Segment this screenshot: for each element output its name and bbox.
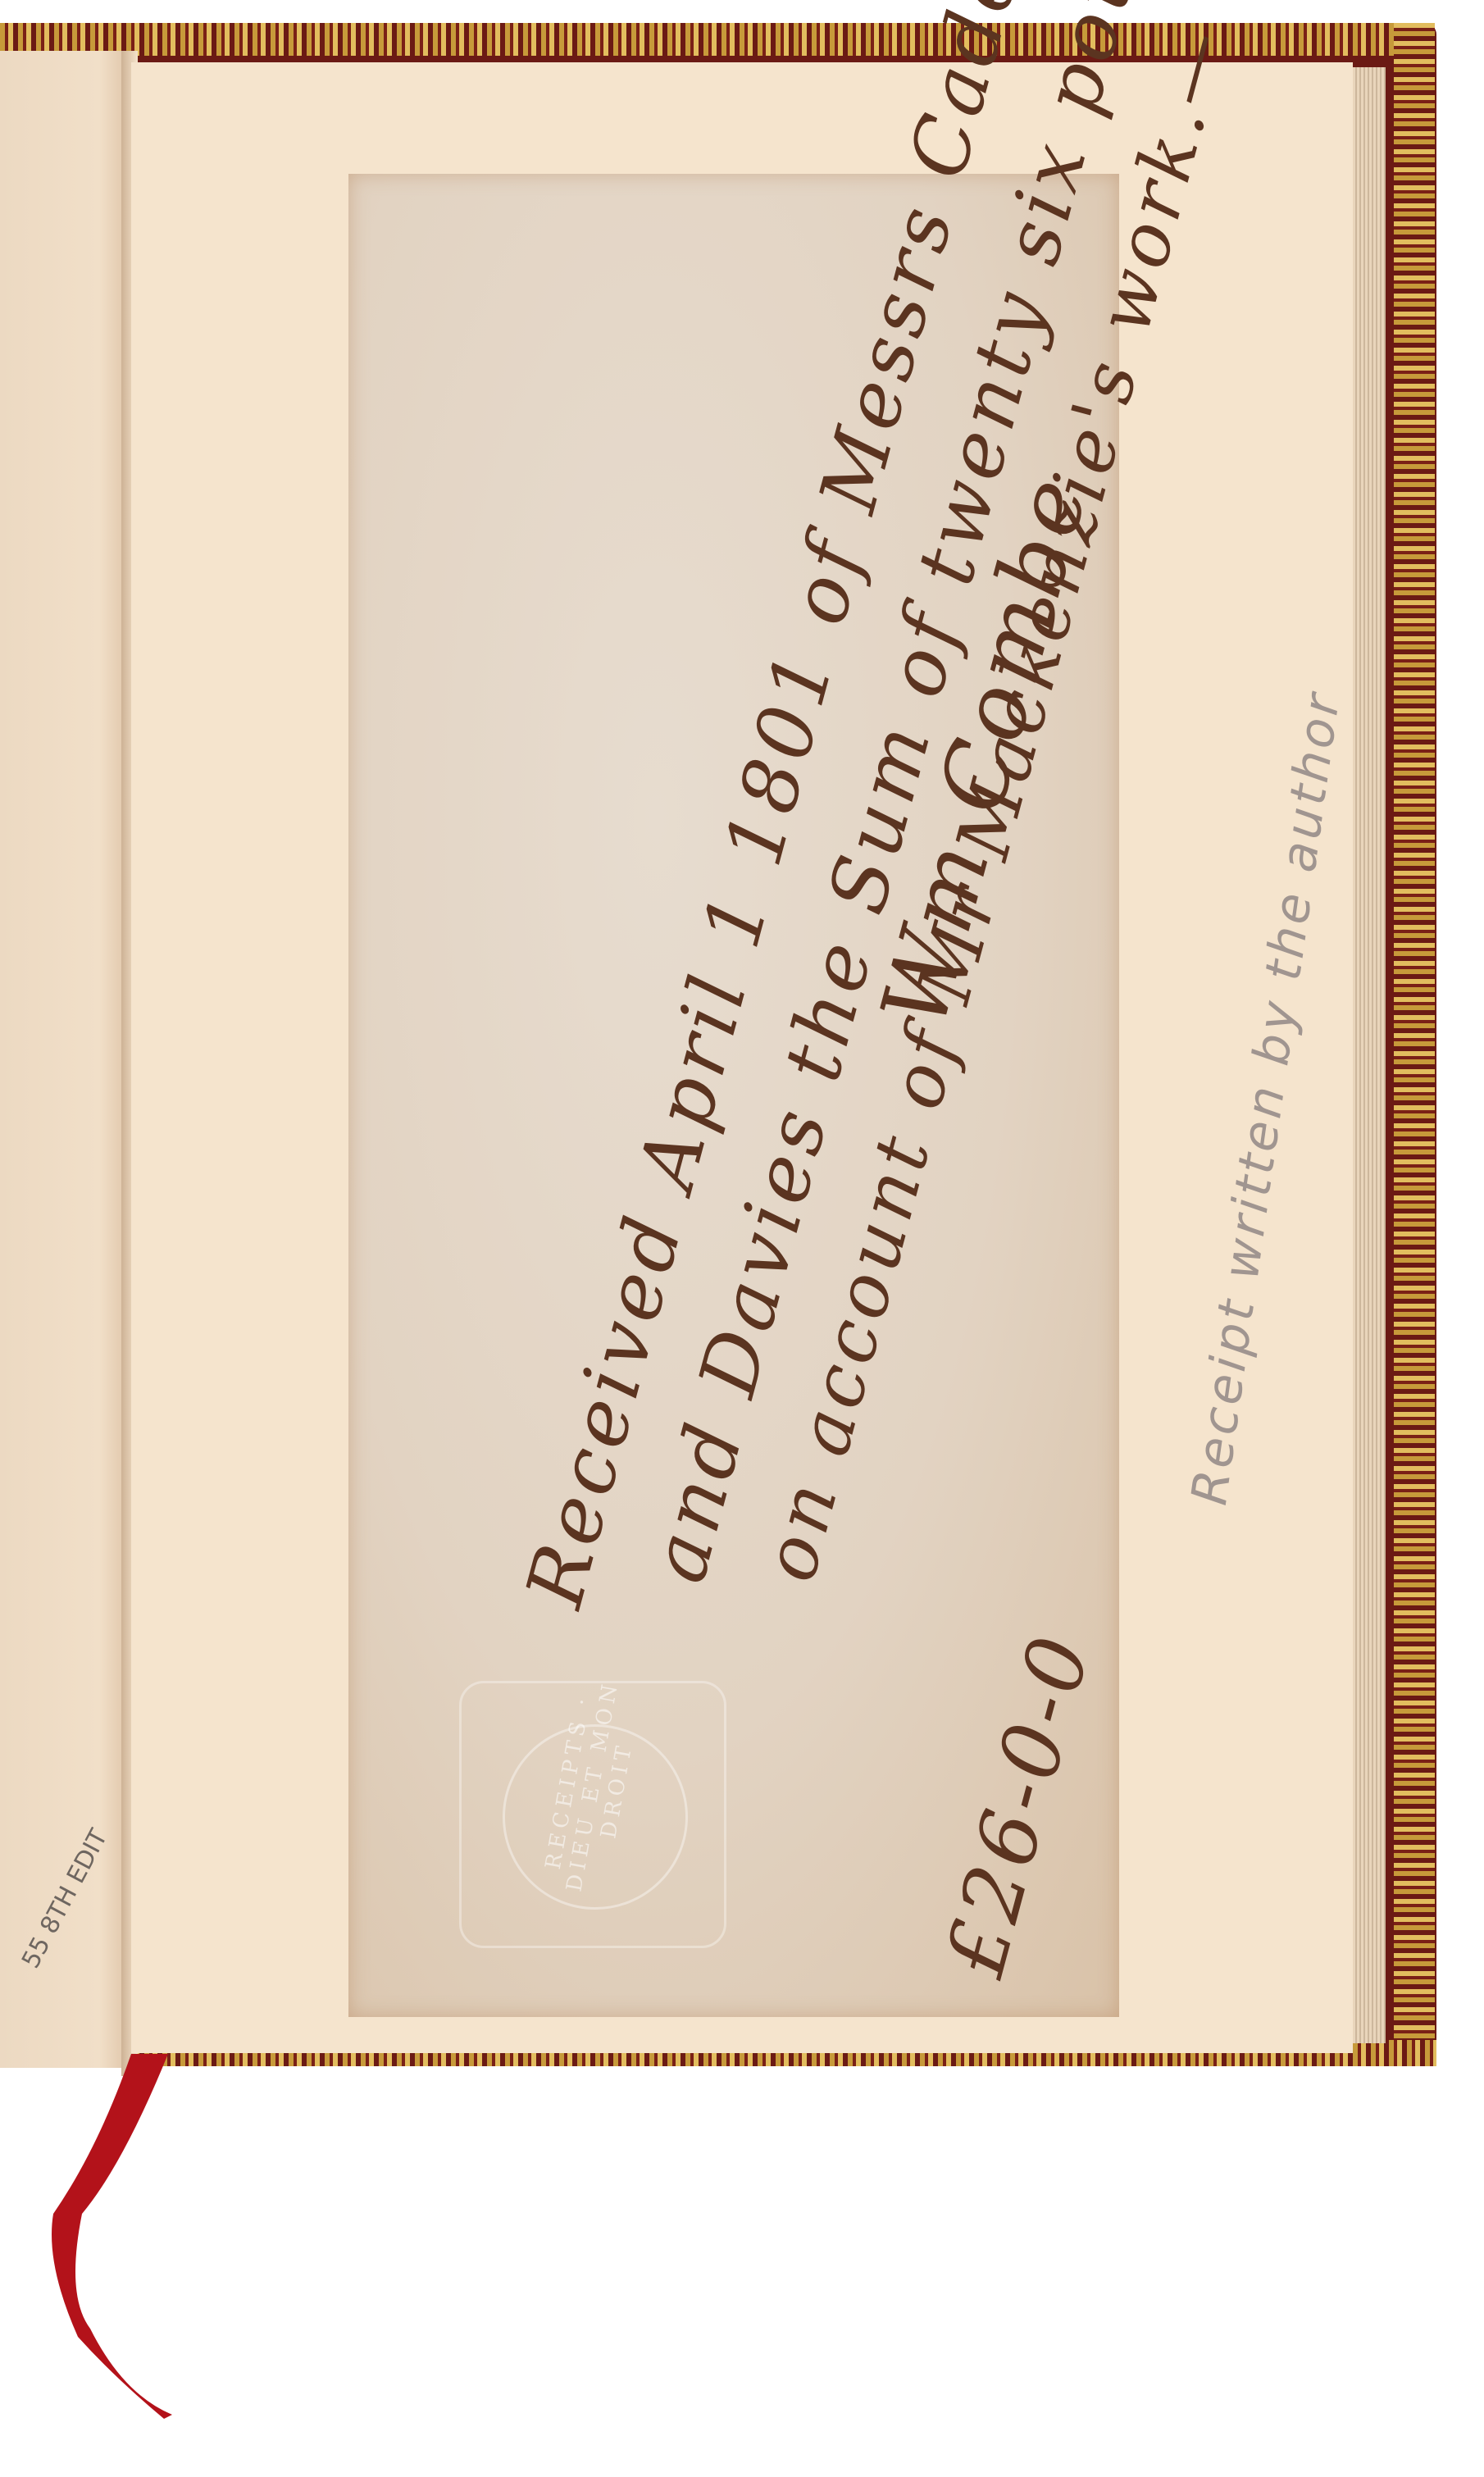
gilt-border-right bbox=[1394, 23, 1435, 2056]
receipt-amount: £26-0-0 bbox=[926, 1623, 1110, 1986]
ribbon-bookmark bbox=[0, 0, 328, 2477]
page-fore-edge bbox=[1353, 67, 1386, 2043]
embossed-tax-stamp: RECEIPTS · DIEU ET MON DROIT bbox=[459, 1681, 726, 1948]
